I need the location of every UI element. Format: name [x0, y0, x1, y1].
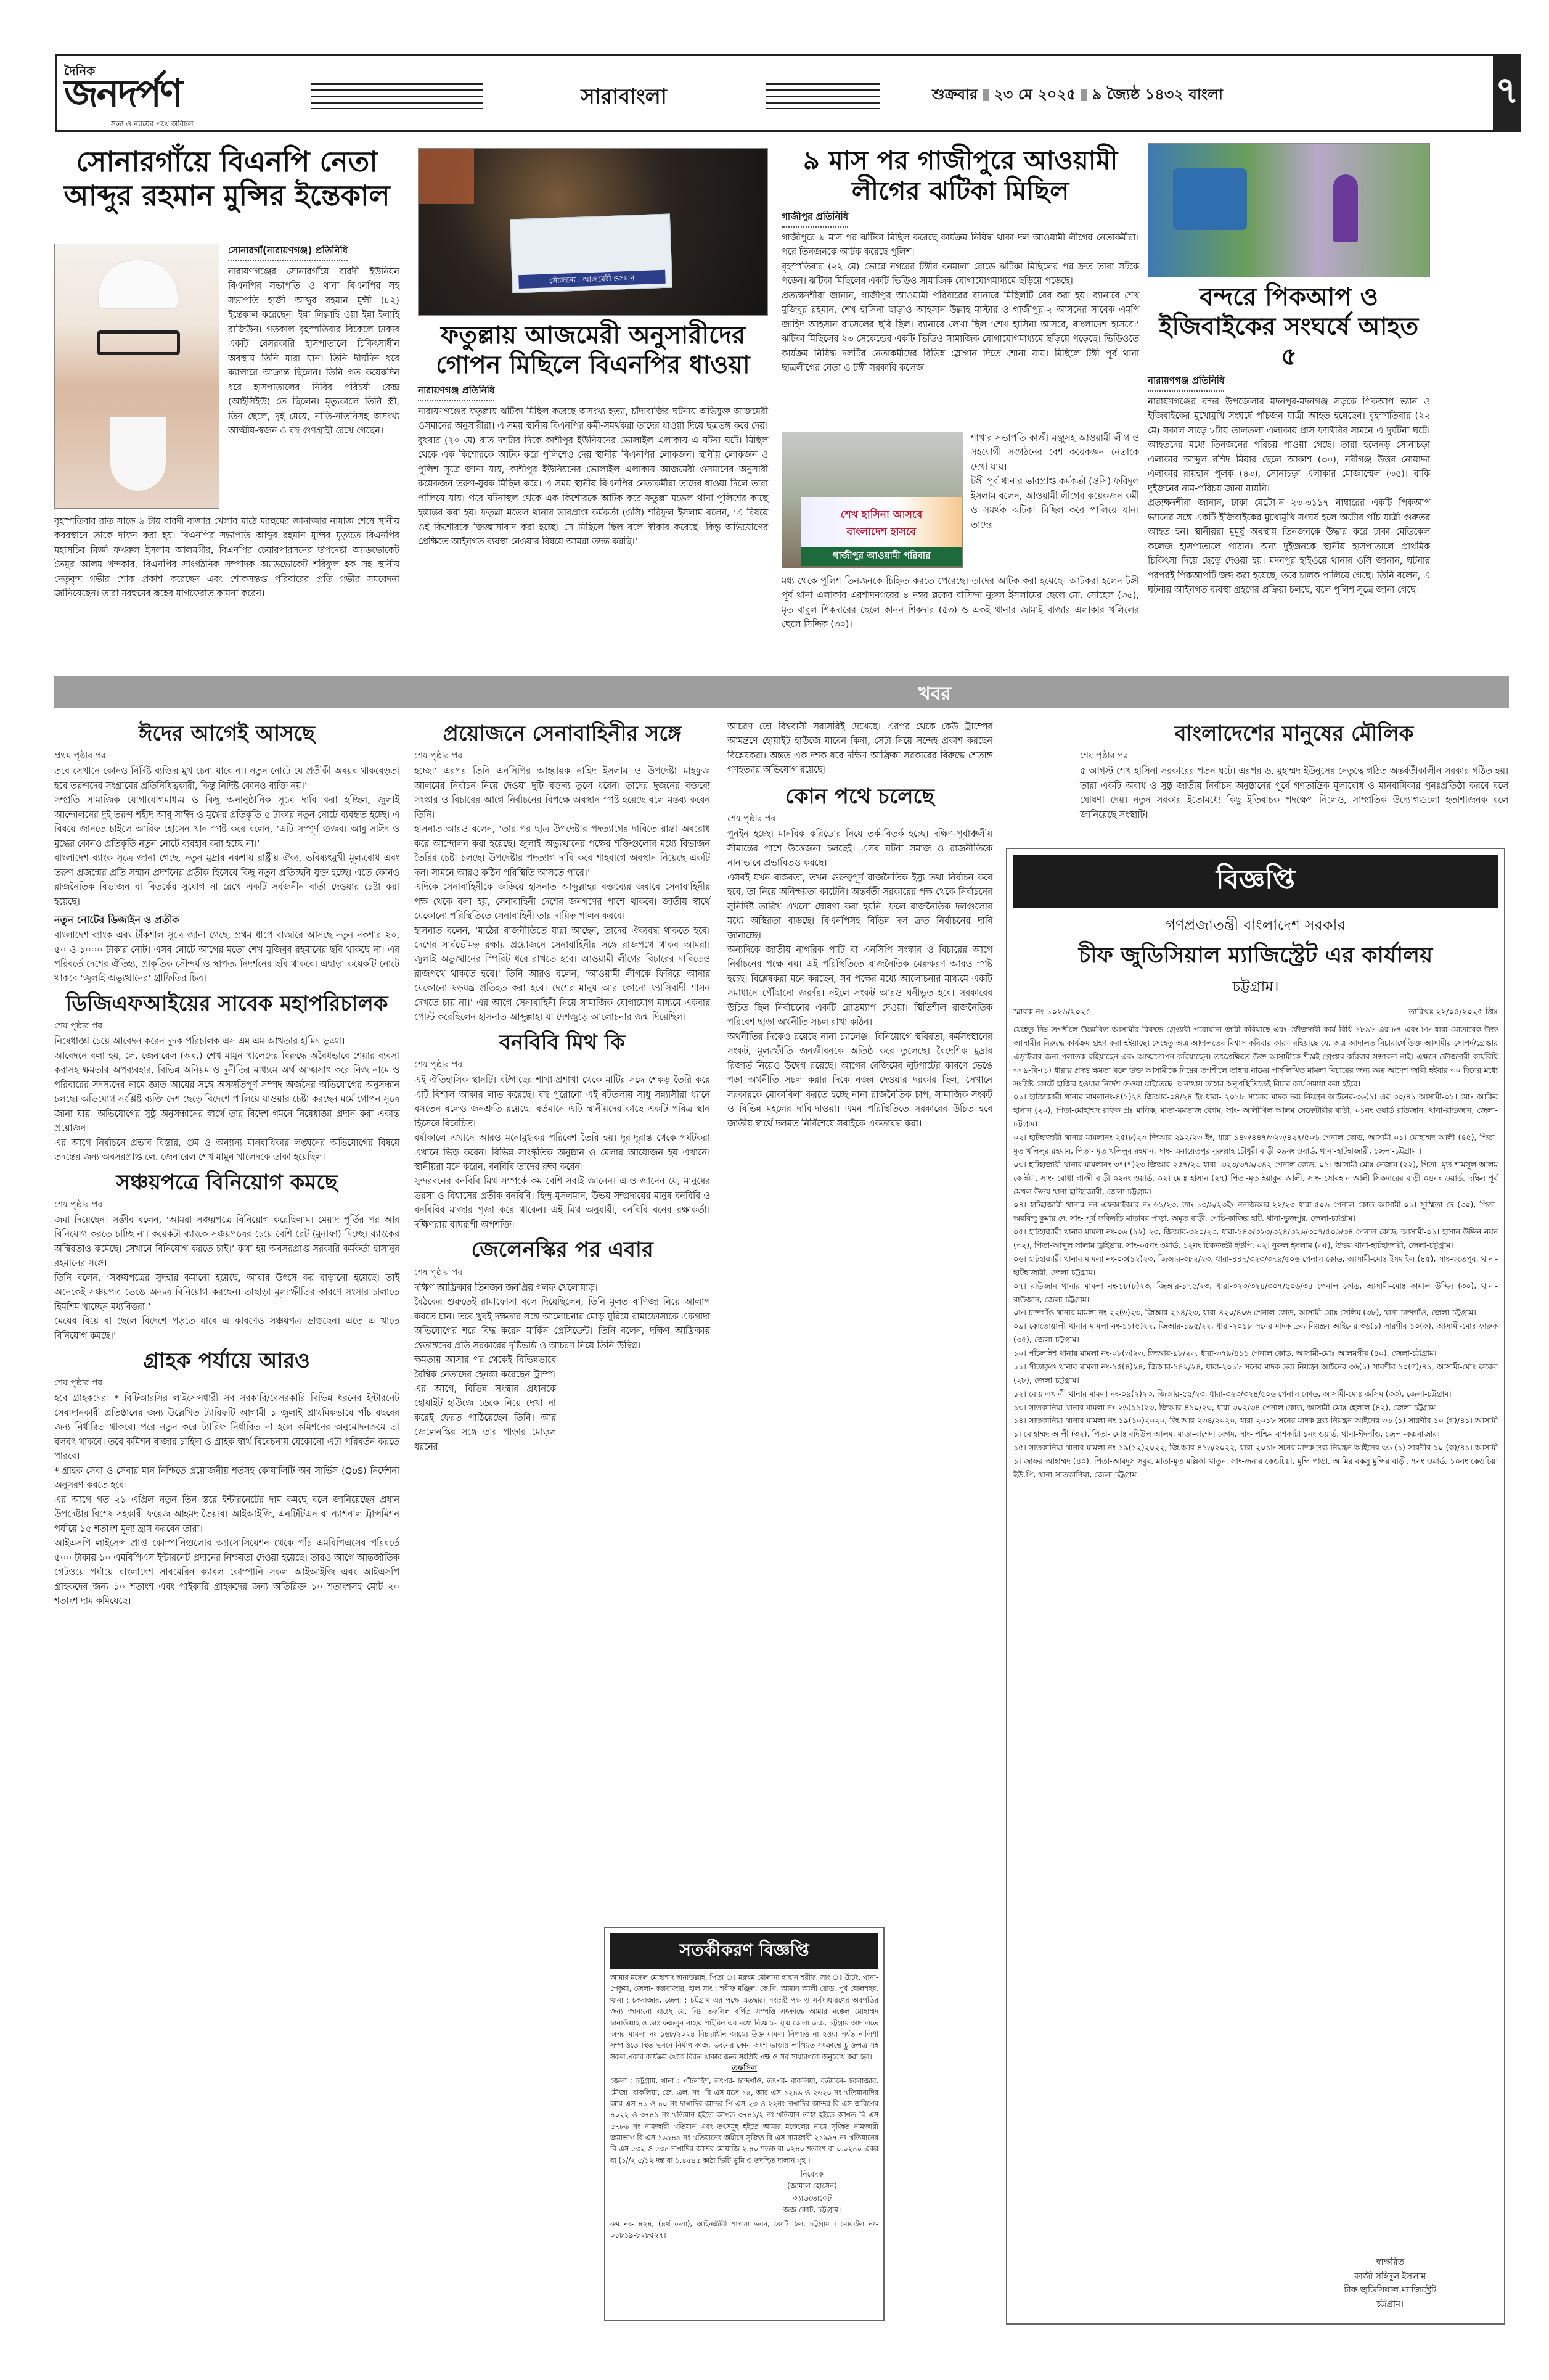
- story-body-para: মধ্য থেকে পুলিশ তিনজনকে চিহ্নিত করতে পের…: [782, 575, 1139, 633]
- jump-headline[interactable]: ঈদের আগেই আসছে: [54, 720, 399, 747]
- logo-wordmark: জনদর্পণ: [64, 75, 181, 113]
- story-body-para: ৫ আগস্ট শেখ হাসিনা সরকারের পতন ঘটে। এরপর…: [1080, 765, 1508, 823]
- notice-signature: স্বাক্ষরিত কাজী সহিদুল ইসলাম চীফ জুডিসিয…: [1344, 2255, 1436, 2311]
- notice-government: গণপ্রজাতন্ত্রী বাংলাদেশ সরকার: [1013, 914, 1498, 938]
- banner-shape: সৌজন্যে : আজমেরী ওসমান: [510, 213, 672, 293]
- notice-item: ০৩। হাটহাজারী থানার মামলানং-৩৭(৭)২৩ জিআর…: [1013, 1158, 1498, 1199]
- notice-item: ০৮। চান্দগাঁও থানার মামলা নং-২২(৬)২৩, জি…: [1013, 1306, 1498, 1319]
- banner-line: বাংলাদেশ হাসবে: [801, 524, 962, 541]
- notice-item: ০৬। হাটহাজারী থানার মামলা নং-০৩(১২)২৩, জ…: [1013, 1252, 1498, 1279]
- story-body-para: এর আগে গত ২১ এপ্রিল নতুন তিন স্তরে ইন্টা…: [54, 1493, 399, 1537]
- byline: নারায়ণগঞ্জ প্রতিনিধি: [418, 384, 494, 401]
- banner-shape: শেখ হাসিনা আসবে বাংলাদেশ হাসবে গাজীপুর আ…: [801, 497, 962, 566]
- jump-headline[interactable]: প্রয়োজনে সেনাবাহিনীর সঙ্গে: [414, 720, 710, 747]
- logo-tagline: সত্য ও ন্যায়ের পথে অবিচল: [111, 119, 194, 131]
- applicant-title: অ্যাডভোকেট: [746, 2193, 878, 2204]
- notice-item: ১১। সীতাকুণ্ড থানার মামলা নং-১৫(৪)২৪, জি…: [1013, 1360, 1498, 1387]
- section-title: সারাবাংলা: [550, 81, 698, 116]
- schedule-body: জেলা : চট্টগ্রাম, থানা : পাঁচলাইশ, তৎপর-…: [610, 2075, 878, 2166]
- notice-item: ১৩। সাতকানিয়া থানার মামলা নং-২৬(১১)২৩, …: [1013, 1401, 1498, 1414]
- jump-headline[interactable]: বনবিবি মিথ কি: [414, 1029, 710, 1056]
- jump-story-internet-price: গ্রাহক পর্যায়ে আরও শেষ পৃষ্ঠার পর হবে গ…: [54, 1347, 399, 1609]
- story-body-para: বৃহস্পতিবার (২২ মে) ভোরে নগরের টঙ্গীর বন…: [782, 260, 1139, 289]
- masthead: দৈনিক জনদর্পণ সত্য ও ন্যায়ের পথে অবিচল …: [55, 54, 1519, 132]
- headline[interactable]: বন্দরে পিকআপ ও ইজিবাইকের সংঘর্ষে আহত ৫: [1148, 282, 1430, 371]
- jump-from-label: শেষ পৃষ্ঠার পর: [1080, 749, 1508, 763]
- newspaper-logo[interactable]: দৈনিক জনদর্পণ সত্য ও ন্যায়ের পথে অবিচল: [64, 62, 175, 130]
- story1-body-continued: বৃহস্পতিবার রাত সাড়ে ৯ টায় বারদী বাজার…: [54, 515, 399, 602]
- story-body-para: তিনি বলেন, ‘সঞ্চয়পত্রের সুদহার কমানো হয…: [54, 1271, 399, 1315]
- story-bnp-leader-death: সোনারগাঁয়ে বিএনপি নেতা আব্দুর রহমান মুন…: [54, 145, 399, 213]
- notice-item: ১৪। সাতকানিয়া থানার মামলা নং-১৯(১০)২০২০…: [1013, 1414, 1498, 1441]
- jump-headline[interactable]: ডিজিএফআইয়ের সাবেক মহাপরিচালক: [54, 990, 399, 1017]
- accident-photo: [1148, 143, 1430, 277]
- jump-from-label: শেষ পৃষ্ঠার পর: [414, 749, 710, 763]
- story-body-para: সুন্দরবনের বনবিবি মিথ সম্পর্কে কম বেশি স…: [414, 1175, 710, 1233]
- notice-city: চট্টগ্রাম।: [1013, 975, 1498, 1000]
- story-body-para: হচ্ছে।’ এরপর তিনি এনসিপির আহ্বায়ক নাহিদ…: [414, 765, 710, 823]
- story-body-para: এসবই যখন বাস্তবতা, তখন গুরুত্বপূর্ণ রাজন…: [727, 871, 992, 943]
- story-body-para: তবে সেখানে কোনও নির্দিষ্ট ব্যক্তির মুখ চ…: [54, 765, 399, 794]
- page-number: ৭: [1493, 54, 1521, 132]
- jump-headline[interactable]: কোন পথে চলেছে: [727, 783, 992, 810]
- applicant-name: (জামাল হোসেন): [746, 2180, 878, 2192]
- story-body-para: নিষেধাজ্ঞা চেয়ে আবেদন করেন দুদক পরিচালক…: [54, 1035, 399, 1049]
- jump-story-eid: ঈদের আগেই আসছে প্রথম পৃষ্ঠার পর তবে সেখা…: [54, 720, 399, 987]
- notice-item: ০৯। কোতোয়ালী থানার মামলা নং-১১(৫)২২, জি…: [1013, 1319, 1498, 1347]
- signature-name: কাজী সহিদুল ইসলাম: [1344, 2270, 1436, 2283]
- story-body-para: জমা দিয়েছেন। সঞ্জীব বলেন, ‘আমরা সঞ্চয়প…: [54, 1213, 399, 1271]
- jump-from-label: শেষ পৃষ্ঠার পর: [54, 1197, 399, 1212]
- cap-shape: [98, 260, 178, 309]
- notice-meta: স্মারক নং-১০২৬/২০২৫ তারিখঃ ২২/০৫/২০২৫ খ্…: [1013, 1006, 1498, 1019]
- torch-procession-photo: সৌজন্যে : আজমেরী ওসমান: [418, 148, 768, 316]
- vehicle-shape: [1173, 168, 1247, 230]
- date-bangla: ৯ জ্যৈষ্ঠ ১৪৩২ বাংলা: [1092, 86, 1223, 103]
- story-bandar-accident: বন্দরে পিকআপ ও ইজিবাইকের সংঘর্ষে আহত ৫ ন…: [1148, 282, 1430, 598]
- jump-story-moulik: বাংলাদেশের মানুষের মৌলিক শেষ পৃষ্ঠার পর …: [1080, 720, 1508, 823]
- jump-story-zelensky: জেলেনস্কির পর এবার শেষ পৃষ্ঠার পর দক্ষিণ…: [414, 1236, 710, 1455]
- byline: সোনারগাঁ(নারায়ণগঞ্জ) প্রতিনিধি: [228, 244, 348, 261]
- section-bar-label: খবর: [918, 679, 951, 710]
- banner-caption: সৌজন্যে : আজমেরী ওসমান: [518, 270, 666, 289]
- story3-side-column: শাখার সভাপতি কাজী মঞ্জুসহ আওয়ামী লীগ ও …: [971, 432, 1139, 533]
- jump-headline[interactable]: গ্রাহক পর্যায়ে আরও: [54, 1347, 399, 1374]
- signature-label: স্বাক্ষরিত: [1344, 2255, 1436, 2269]
- memo-number: স্মারক নং-১০২৬/২০২৫: [1013, 1006, 1091, 1019]
- notice-item: ০৭। রাউজান থানার মামলা নং-১৮(৮)২৩, জিআর-…: [1013, 1279, 1498, 1307]
- court-notice: বিজ্ঞপ্তি গণপ্রজাতন্ত্রী বাংলাদেশ সরকার …: [1006, 848, 1505, 2325]
- notice-item: ১৫। সাতকানিয়া থানার মামলা নং-১৯(১২)২০২২…: [1013, 1441, 1498, 1482]
- separator-square-icon: [1081, 89, 1087, 101]
- notice-body: আমার মক্কেল মোহাম্মদ ছানাউল্লাহ, পিতা ঃ …: [610, 1972, 878, 2062]
- decorative-rules-left: [311, 83, 483, 109]
- story-body-para: প্রত্যক্ষদর্শীরা জানান, ঢাকা মেট্রো-ন ২৩…: [1148, 496, 1430, 597]
- beard-shape: [110, 417, 166, 491]
- headline[interactable]: সোনারগাঁয়ে বিএনপি নেতা আব্দুর রহমান মুন…: [54, 145, 399, 213]
- story-body-para: মেয়ের বিয়ে বা ছেলে বিদেশে পড়তে যাবে এ…: [54, 1315, 399, 1344]
- person-shape: [1333, 174, 1358, 242]
- story-body-para: এদিকে সেনাবাহিনীকে জড়িয়ে হাসনাত আব্দুল…: [414, 880, 710, 924]
- umbrella-shape: [419, 149, 474, 204]
- story-fatullah-procession: ফতুল্লায় আজমেরী অনুসারীদের গোপন মিছিলে …: [418, 321, 768, 550]
- jump-from-label: শেষ পৃষ্ঠার পর: [414, 1265, 710, 1280]
- story-body-para: এই ঐতিহাসিক স্থানটি। বটগাছের শাখা-প্রশাখ…: [414, 1073, 710, 1131]
- section-bar-news: খবর: [54, 676, 1509, 708]
- subheading: নতুন নোটের ডিজাইন ও প্রতীক: [54, 912, 399, 929]
- contact-info: রুম নং- ৪২৪, (৪র্থ তলা), আইনজীবী শাপলা ভ…: [610, 2218, 878, 2241]
- story-body-para: টঙ্গী পূর্ব থানার ভারপ্রাপ্ত কর্মকর্তা (…: [971, 475, 1139, 533]
- story-body: নারায়ণগঞ্জের সোনারগাঁয়ে বারদী ইউনিয়ন …: [228, 265, 399, 439]
- notice-intro: যেহেতু নিম্ন তপশীলে উল্লেখিত আসামীর বিরু…: [1013, 1023, 1498, 1090]
- jump-headline[interactable]: সঞ্চয়পত্রে বিনিয়োগ কমছে: [54, 1169, 399, 1196]
- schedule-title: তফসিল: [610, 2062, 878, 2075]
- story-body-para: * গ্রাহক সেবা ও সেবার মান নিশ্চিতে প্রয়…: [54, 1464, 399, 1493]
- story-body-para: ক্ষমতায় আসার পর থেকেই বিভিন্নভাবে বৈশ্ব…: [414, 1353, 556, 1455]
- date-gregorian: ২৩ মে ২০২৫: [994, 86, 1076, 103]
- jump-from-label: শেষ পৃষ্ঠার পর: [414, 1057, 710, 1072]
- procession-banner-photo: শেখ হাসিনা আসবে বাংলাদেশ হাসবে গাজীপুর আ…: [782, 432, 963, 568]
- story-body-para: বাংলাদেশ ব্যাংক সূত্রে জানা গেছে, নতুন ম…: [54, 851, 399, 909]
- weekday: শুক্রবার: [932, 86, 978, 103]
- story-body-para: হাসনাত আরও বলেন, ‘তার পর ছাত্র উপদেষ্টার…: [414, 823, 710, 880]
- byline: নারায়ণগঞ্জ প্রতিনিধি: [1148, 374, 1224, 392]
- column-1: ঈদের আগেই আসছে প্রথম পৃষ্ঠার পর তবে সেখা…: [54, 720, 399, 1609]
- story-body: নারায়ণগঞ্জের ফতুল্লায় ঝটিকা মিছিল করেছ…: [418, 405, 768, 550]
- notice-banner: সতর্কীকরণ বিজ্ঞপ্তি: [610, 1933, 878, 1969]
- warning-notice: সতর্কীকরণ বিজ্ঞপ্তি আমার মক্কেল মোহাম্মদ…: [604, 1927, 885, 2321]
- jump-from-label: প্রথম পৃষ্ঠার পর: [54, 749, 399, 763]
- story-body-para: আইএসপি লাইসেন্স প্রাপ্ত কোম্পানিগুলোর অ্…: [54, 1537, 399, 1609]
- story-body-para: আচরণ তো বিশ্ববাসী সরাসরিই দেখেছে। এরপর থ…: [727, 720, 992, 778]
- signature-title: চীফ জুডিসিয়াল ম্যাজিস্ট্রেট: [1344, 2283, 1436, 2297]
- notice-banner: বিজ্ঞপ্তি: [1013, 855, 1498, 908]
- story-body-para: নারায়ণগঞ্জের বন্দর উপজেলার মদনপুর-মদনগঞ…: [1148, 395, 1430, 496]
- headline[interactable]: ফতুল্লায় আজমেরী অনুসারীদের গোপন মিছিলে …: [418, 321, 768, 380]
- jump-story-sanchaypatra: সঞ্চয়পত্রে বিনিয়োগ কমছে শেষ পৃষ্ঠার পর…: [54, 1169, 399, 1344]
- applicant-block: নিবেদক (জামাল হোসেন) অ্যাডভোকেট জজ কোর্ট…: [746, 2169, 878, 2216]
- jump-story-army: প্রয়োজনে সেনাবাহিনীর সঙ্গে শেষ পৃষ্ঠার …: [414, 720, 710, 1025]
- story-body-para: বাংলাদেশ ব্যাংক এবং টাঁকশাল সূত্রে জানা …: [54, 929, 399, 987]
- jump-story-konpothe: কোন পথে চলেছে শেষ পৃষ্ঠার পর পুনইন হচ্ছে…: [727, 783, 992, 1131]
- story-body-para: বর্ষাকালে এখানে আরও মনোমুগ্ধকর পরিবেশ তৈ…: [414, 1131, 710, 1175]
- notice-item: ১০। পাঁচলাইশ থানার মামলা নং-০৮(৩)২৩, জিআ…: [1013, 1347, 1498, 1360]
- applicant-label: নিবেদক: [746, 2169, 878, 2180]
- portrait-photo: [54, 244, 219, 509]
- separator-square-icon: [983, 89, 989, 101]
- story-body-para: অন্যদিকে জাতীয় নাগরিক পার্টি বা এনসিপি …: [727, 943, 992, 1030]
- notice-item: ০১। হাটহাজারী থানার মামলানং-৪(১)২৪ জিআর-…: [1013, 1090, 1498, 1131]
- notice-item: ০২। হাটহাজারী থানার মামলানং-২৫(৮)২৩ জিআর…: [1013, 1131, 1498, 1158]
- notice-office: চীফ জুডিসিয়াল ম্যাজিস্ট্রেট এর কার্যালয…: [1013, 938, 1498, 975]
- jump-headline[interactable]: জেলেনস্কির পর এবার: [414, 1236, 710, 1263]
- jump-from-label: শেষ পৃষ্ঠার পর: [54, 1019, 399, 1033]
- story-body-para: হাসনাত বলেন, ‘মাঠের রাজনীতিতে যারা আছেন,…: [414, 924, 710, 1025]
- decorative-rules-right: [766, 83, 880, 109]
- column-3: আচরণ তো বিশ্ববাসী সরাসরিই দেখেছে। এরপর থ…: [727, 720, 992, 1131]
- headline[interactable]: ৯ মাস পর গাজীপুরে আওয়ামী লীগের ঝটিকা মি…: [782, 145, 1139, 207]
- story-body-para: পুনইন হচ্ছে। মানবিক করিডোর নিয়ে তর্ক-বি…: [727, 827, 992, 871]
- column-2: প্রয়োজনে সেনাবাহিনীর সঙ্গে শেষ পৃষ্ঠার …: [414, 720, 710, 1455]
- notice-item: ০৫। হাটহাজারী থানার মামলা নং-০৬ (১২) ২৩,…: [1013, 1225, 1498, 1252]
- story1-column: সোনারগাঁ(নারায়ণগঞ্জ) প্রতিনিধি নারায়ণগ…: [228, 244, 399, 439]
- jump-from-label: শেষ পৃষ্ঠার পর: [727, 811, 992, 826]
- story-body-para: এর আগে নির্বাচনে প্রভাব বিস্তার, গুম ও অ…: [54, 1136, 399, 1165]
- story-gazipur-procession: ৯ মাস পর গাজীপুরে আওয়ামী লীগের ঝটিকা মি…: [782, 145, 1139, 376]
- byline: গাজীপুর প্রতিনিধি: [782, 210, 848, 228]
- story-body-para: হবে গ্রাহকদের। * বিটিআরসির লাইসেন্সধারী …: [54, 1392, 399, 1464]
- signature-city: চট্টগ্রাম।: [1344, 2297, 1436, 2311]
- story-body-para: প্রত্যক্ষদর্শীরা জানান, গাজীপুর আওয়ামী …: [782, 289, 1139, 376]
- glasses-shape: [97, 330, 180, 355]
- applicant-court: জজ কোর্ট, চট্টগ্রাম।: [746, 2204, 878, 2216]
- notice-items: ০১। হাটহাজারী থানার মামলানং-৪(১)২৪ জিআর-…: [1013, 1090, 1498, 1481]
- notice-item: ১২। বোয়ালখালী থানার মামলা নং-০৯(২)২৩, জ…: [1013, 1387, 1498, 1401]
- notice-date: তারিখঃ ২২/০৫/২০২৫ খ্রিঃ: [1408, 1006, 1498, 1019]
- story-body-para: বৈঠকের শুরুতেই রামাফোসা বলে দিয়েছিলেন, …: [414, 1295, 710, 1353]
- jump-headline[interactable]: বাংলাদেশের মানুষের মৌলিক: [1080, 720, 1508, 747]
- banner-line: শেখ হাসিনা আসবে: [801, 507, 962, 524]
- jump-story-bonbibi: বনবিবি মিথ কি শেষ পৃষ্ঠার পর এই ঐতিহাসিক…: [414, 1029, 710, 1233]
- story-body-para: আবেদনে বলা হয়, লে. জেনারেল (অব.) শেখ মা…: [54, 1049, 399, 1136]
- story-body-para: সম্প্রতি সামাজিক যোগাযোগমাধ্যম ও কিছু অন…: [54, 794, 399, 851]
- story-body-para: শাখার সভাপতি কাজী মঞ্জুসহ আওয়ামী লীগ ও …: [971, 432, 1139, 475]
- story-body-para: গাজীপুরে ৯ মাস পর ঝটিকা মিছিল করেছে কার্…: [782, 231, 1139, 260]
- story-body-para: অর্থনীতির দিকেও রয়েছে নানা চ্যালেঞ্জ। ব…: [727, 1030, 992, 1131]
- jump-from-label: শেষ পৃষ্ঠার পর: [54, 1376, 399, 1390]
- banner-line: গাজীপুর আওয়ামী পরিবার: [801, 547, 962, 566]
- jump-story-dgfi: ডিজিএফআইয়ের সাবেক মহাপরিচালক শেষ পৃষ্ঠা…: [54, 990, 399, 1165]
- column-divider: [407, 715, 407, 2355]
- story-body-para: দক্ষিণ আফ্রিকার তিনজন জনপ্রিয় গলফ খেলোয…: [414, 1281, 710, 1295]
- dateline: শুক্রবার২৩ মে ২০২৫৯ জ্যৈষ্ঠ ১৪৩২ বাংলা: [932, 83, 1223, 108]
- notice-item: ০৪। হাটহাজারী থানার নন এফআইআর নং-৬১/২৩, …: [1013, 1198, 1498, 1225]
